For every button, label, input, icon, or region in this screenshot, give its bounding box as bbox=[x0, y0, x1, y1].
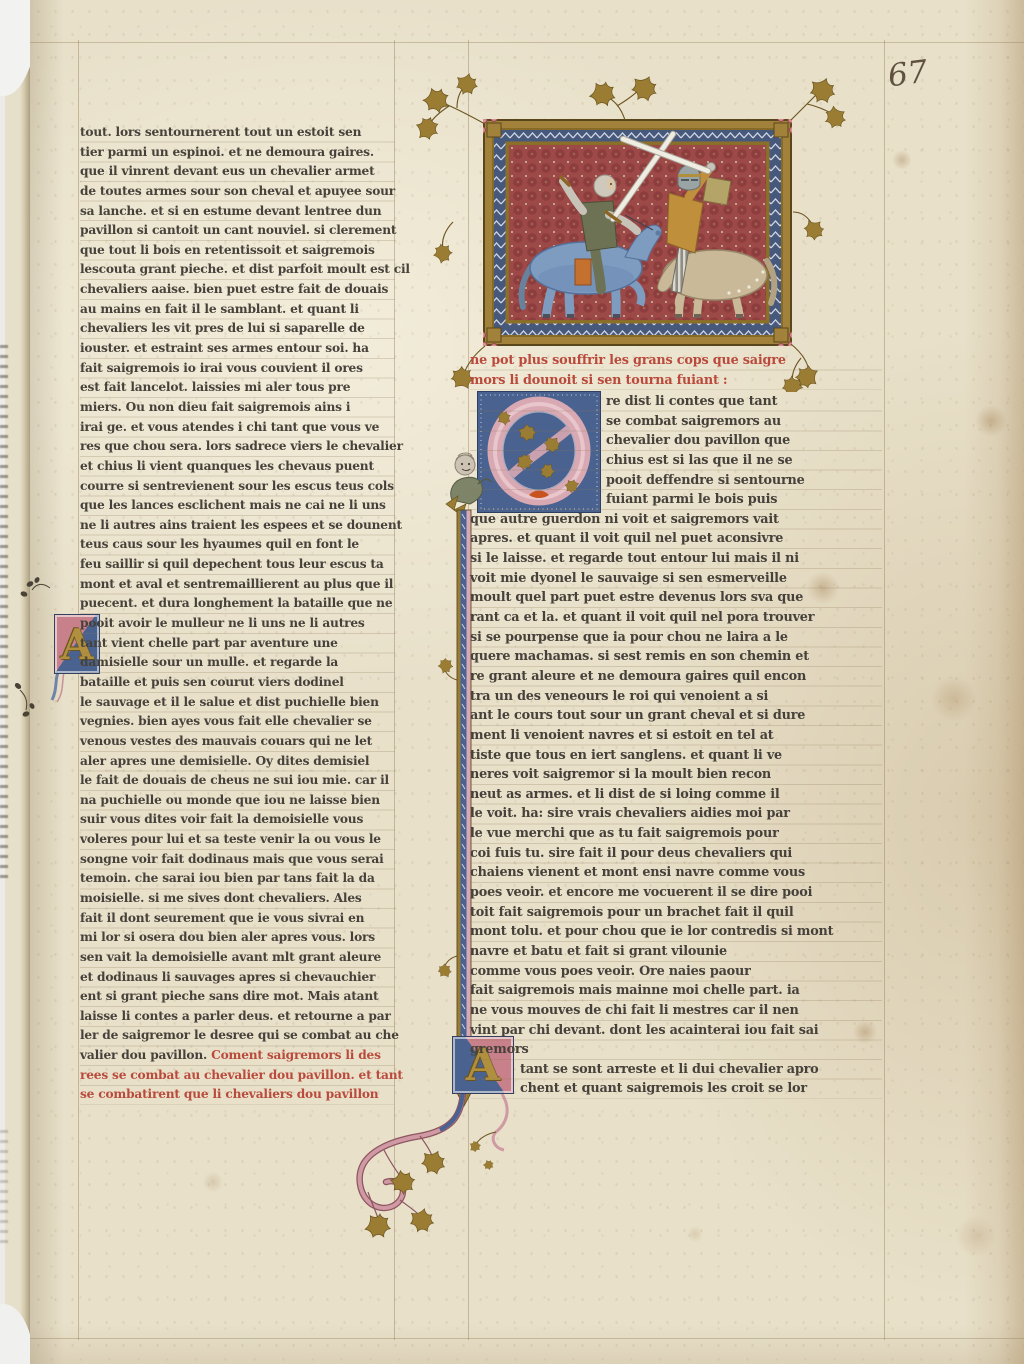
text-line: moisielle. si me sives dont chevaliers. … bbox=[80, 889, 395, 909]
text-line: fait saigremois mais mainne moi chelle p… bbox=[470, 981, 882, 1001]
text-line: venous vestes des mauvais couars qui ne … bbox=[80, 732, 395, 752]
text-line: quere machamas. si sest remis en son che… bbox=[470, 647, 882, 667]
text-line: tant vient chelle part par aventure une bbox=[80, 634, 395, 654]
text-line: suir vous dites voir fait la demoisielle… bbox=[80, 810, 395, 830]
text-line: comme vous poes veoir. Ore naies paour bbox=[470, 962, 882, 982]
text-line: na puchielle ou monde que iou ne laisse … bbox=[80, 791, 395, 811]
ruling-line bbox=[468, 40, 469, 1340]
text-line: re grant aleure et ne demoura gaires qui… bbox=[470, 667, 882, 687]
text-line: courre si sentrevienent sour les escus t… bbox=[80, 477, 395, 497]
text-line: toit fait saigremois pour un brachet fai… bbox=[470, 903, 882, 923]
text-line: voit mie dyonel le sauvaige si sen esmer… bbox=[470, 569, 882, 589]
facing-page-text-bleed bbox=[0, 1130, 8, 1250]
text-line: fuiant parmi le bois puis bbox=[606, 490, 882, 510]
text-line: au mains en fait il le samblant. et quan… bbox=[80, 300, 395, 320]
text-line: aler apres une demisielle. Oy dites demi… bbox=[80, 752, 395, 772]
text-line: sen vait la demoisielle avant mlt grant … bbox=[80, 948, 395, 968]
text-line: moult quel part puet estre devenus lors … bbox=[470, 588, 882, 608]
text-line: tant se sont arreste et li dui chevalier… bbox=[520, 1060, 882, 1080]
text-column-right: re dist li contes que tantse combat saig… bbox=[470, 392, 882, 1099]
text-line: ment li venoient navres et si estoit en … bbox=[470, 726, 882, 746]
text-line: coi fuis tu. sire fait il pour deus chev… bbox=[470, 844, 882, 864]
text-line: est fait lancelot. laissies mi aler tous… bbox=[80, 378, 395, 398]
text-line: re dist li contes que tant bbox=[606, 392, 882, 412]
text-line: feu saillir si quil depechent tous leur … bbox=[80, 555, 395, 575]
text-line: pooit deffendre si sentourne bbox=[606, 471, 882, 491]
text-line: mont tolu. et pour chou que ie lor contr… bbox=[470, 922, 882, 942]
text-line: iouster. et estraint ses armes entour so… bbox=[80, 339, 395, 359]
text-line: ler de saigremor le desree qui se combat… bbox=[80, 1026, 395, 1046]
text-line: rant ca et la. et quant il voit quil nel… bbox=[470, 608, 882, 628]
text-line: sa lanche. et si en estume devant lentre… bbox=[80, 202, 395, 222]
text-line: vegnies. bien ayes vous fait elle cheval… bbox=[80, 712, 395, 732]
text-line: ent si grant pieche sans dire mot. Mais … bbox=[80, 987, 395, 1007]
text-line: que autre guerdon ni voit et saigremors … bbox=[470, 510, 882, 530]
text-line: teus caus sour les hyaumes quil en font … bbox=[80, 535, 395, 555]
text-line: chevaliers aaise. bien puet estre fait d… bbox=[80, 280, 395, 300]
foxing-spot bbox=[686, 1226, 704, 1242]
text-line: le voit. ha: sire vrais chevaliers aidie… bbox=[470, 804, 882, 824]
text-line: que il vinrent devant eus un chevalier a… bbox=[80, 162, 395, 182]
text-line: puecent. et dura longhement la bataille … bbox=[80, 594, 395, 614]
text-line: mors li dounoit si sen tourna fuiant : bbox=[470, 371, 882, 391]
text-line: apres. et quant il voit quil nel puet ac… bbox=[470, 529, 882, 549]
text-line: damisielle sour un mulle. et regarde la bbox=[80, 653, 395, 673]
facing-page-text-bleed bbox=[0, 345, 8, 885]
text-line: le sauvage et il le salue et dist puchie… bbox=[80, 693, 395, 713]
text-line: mont et aval et sentremaillierent au plu… bbox=[80, 575, 395, 595]
text-line: tout. lors sentournerent tout un estoit … bbox=[80, 123, 395, 143]
ruling-line bbox=[30, 42, 1024, 43]
text-line: de toutes armes sour son cheval et apuye… bbox=[80, 182, 395, 202]
folio-number: 67 bbox=[886, 54, 930, 95]
text-line: se combatirent que li chevaliers dou pav… bbox=[80, 1085, 395, 1105]
text-line: tra un des veneours le roi qui venoient … bbox=[470, 687, 882, 707]
miniature-combat-scene bbox=[483, 119, 792, 346]
text-line: si se pourpense que ia pour chou ne lair… bbox=[470, 628, 882, 648]
text-line: rees se combat au chevalier dou pavillon… bbox=[80, 1066, 395, 1086]
text-column-left: tout. lors sentournerent tout un estoit … bbox=[80, 123, 395, 1105]
foxing-spot bbox=[202, 1172, 224, 1192]
text-line: irai ge. et vous atendes i chi tant que … bbox=[80, 418, 395, 438]
text-line: fait saigremois io irai vous couvient il… bbox=[80, 359, 395, 379]
foxing-spot bbox=[954, 1216, 998, 1256]
text-line: gremors bbox=[470, 1040, 882, 1060]
text-line: fait il dont seurement que ie vous sivra… bbox=[80, 909, 395, 929]
text-line: ne li autres ains traient les espees et … bbox=[80, 516, 395, 536]
text-line: songne voir fait dodinaus mais que vous … bbox=[80, 850, 395, 870]
text-line: tier parmi un espinoi. et ne demoura gai… bbox=[80, 143, 395, 163]
text-line: valier dou pavillon. Coment saigremors l… bbox=[80, 1046, 395, 1066]
foxing-spot bbox=[976, 404, 1006, 438]
text-line: voleres pour lui et sa teste venir la ou… bbox=[80, 830, 395, 850]
text-line: se combat saigremors au bbox=[606, 412, 882, 432]
text-line: chaiens vienent et mont ensi navre comme… bbox=[470, 863, 882, 883]
foxing-spot bbox=[892, 150, 912, 170]
text-line: le fait de douais de cheus ne sui iou mi… bbox=[80, 771, 395, 791]
text-line: laisse li contes a parler deus. et retou… bbox=[80, 1007, 395, 1027]
text-line: neut as armes. et li dist de si loing co… bbox=[470, 785, 882, 805]
text-line: mi lor si osera dou bien aler apres vous… bbox=[80, 928, 395, 948]
text-line: poes veoir. et encore me vocuerent il se… bbox=[470, 883, 882, 903]
text-line: lescouta grant pieche. et dist parfoit m… bbox=[80, 260, 395, 280]
ruling-line bbox=[30, 1338, 1024, 1339]
text-line: vint par chi devant. dont les acainterai… bbox=[470, 1021, 882, 1041]
text-line: ant le cours tout sour un grant cheval e… bbox=[470, 706, 882, 726]
text-line: chevaliers les vit pres de lui si sapare… bbox=[80, 319, 395, 339]
text-line: navre et batu et fait si grant vilounie bbox=[470, 942, 882, 962]
text-line: ne vous mouves de chi fait li mestres ca… bbox=[470, 1001, 882, 1021]
ruling-line bbox=[884, 40, 885, 1340]
rubric-under-miniature: ne pot plus souffrir les grans cops que … bbox=[470, 351, 882, 390]
text-line: que tout li bois en retentissoit et saig… bbox=[80, 241, 395, 261]
text-line: et dodinaus li sauvages apres si chevauc… bbox=[80, 968, 395, 988]
text-line: chent et quant saigremois les croit se l… bbox=[520, 1079, 882, 1099]
foxing-spot bbox=[930, 676, 978, 722]
knights-combat-illustration bbox=[483, 119, 792, 346]
text-line: neres voit saigremor si la moult bien re… bbox=[470, 765, 882, 785]
text-line: et chius li vient quanques les chevaus p… bbox=[80, 457, 395, 477]
text-line: bataille et puis sen courut viers dodine… bbox=[80, 673, 395, 693]
text-line: le vue merchi que as tu fait saigremois … bbox=[470, 824, 882, 844]
text-line: ne pot plus souffrir les grans cops que … bbox=[470, 351, 882, 371]
text-line: temoin. che sarai iou bien par tans fait… bbox=[80, 869, 395, 889]
text-line: que les lances esclichent mais ne cai ne… bbox=[80, 496, 395, 516]
text-line: chevalier dou pavillon que bbox=[606, 431, 882, 451]
text-line: tiste que tous en iert sanglens. et quan… bbox=[470, 746, 882, 766]
text-line: res que chou sera. lors sadrece viers le… bbox=[80, 437, 395, 457]
manuscript-scan: 67 bbox=[0, 0, 1024, 1364]
text-line: pavillon si cantoit un cant nouviel. si … bbox=[80, 221, 395, 241]
text-line: pooit avoir le mulleur ne li uns ne li a… bbox=[80, 614, 395, 634]
text-line: miers. Ou non dieu fait saigremois ains … bbox=[80, 398, 395, 418]
text-line: chius est si las que il ne se bbox=[606, 451, 882, 471]
ruling-line bbox=[78, 40, 79, 1340]
text-line: si le laisse. et regarde tout entour lui… bbox=[470, 549, 882, 569]
